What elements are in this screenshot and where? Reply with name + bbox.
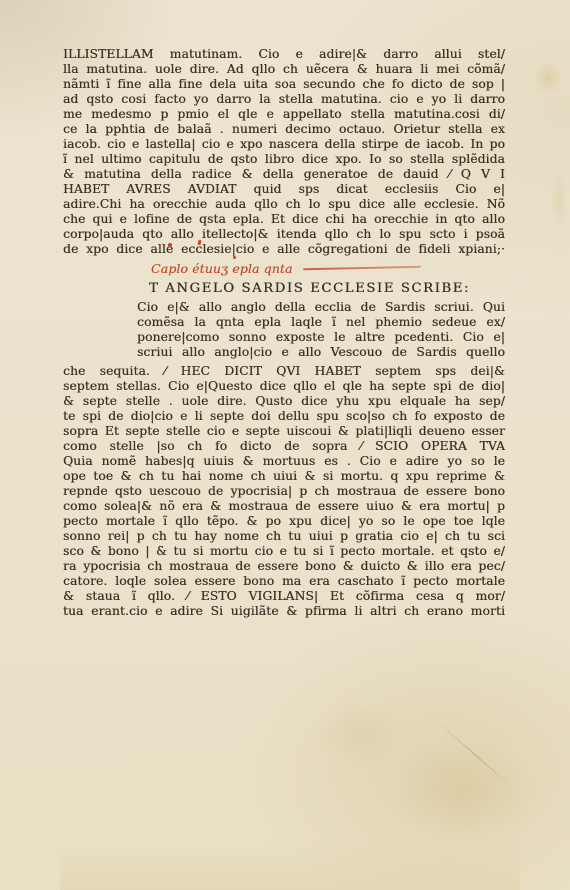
text-line: como stelle |so ch fo dicto de sopra ⁄ S…: [63, 439, 505, 454]
text-line: sco & bono | & tu si mortu cio e tu si ĩ…: [63, 544, 505, 559]
text-line: como solea|& nõ era & mostraua de essere…: [63, 499, 505, 514]
rubrication-mark: [168, 243, 172, 247]
text-line: Quia nomẽ habes|q uiuis & mortuus es . C…: [63, 454, 505, 469]
text-line: lla matutina. uole dire. Ad qllo ch uẽce…: [63, 62, 505, 77]
stain: [380, 720, 550, 850]
text-line: te spi de dio|cio e li septe doi dellu s…: [63, 409, 505, 424]
text-line: ad qsto cosi facto yo darro la stella ma…: [63, 92, 505, 107]
text-line: adire.Chi ha orecchie auda qllo ch lo sp…: [63, 197, 505, 212]
opening-paragraph: ILLISTELLAM matutinam. Cio e adire|& dar…: [63, 47, 505, 257]
text-line: ra ypocrisia ch mostraua de essere bono …: [63, 559, 505, 574]
text-line: che sequita. ⁄ HEC DICIT QVI HABET septe…: [63, 364, 505, 379]
text-line: septem stellas. Cio e|Questo dice qllo e…: [63, 379, 505, 394]
text-line: catore. loqle solea essere bono ma era c…: [63, 574, 505, 589]
stain: [60, 840, 520, 890]
manuscript-page: ILLISTELLAM matutinam. Cio e adire|& dar…: [0, 0, 570, 890]
text-line: repnde qsto uescouo de ypocrisia| p ch m…: [63, 484, 505, 499]
red-flourish: [303, 266, 421, 270]
text-line: che qui e lofine de qsta epla. Et dice c…: [63, 212, 505, 227]
text-line: tua erant.cio e adire Si uigilãte & pfir…: [63, 604, 505, 619]
text-block: ILLISTELLAM matutinam. Cio e adire|& dar…: [63, 47, 505, 619]
body-paragraph: che sequita. ⁄ HEC DICIT QVI HABET septe…: [63, 364, 505, 619]
text-line: ILLISTELLAM matutinam. Cio e adire|& dar…: [63, 47, 505, 62]
text-line: corpo|auda qto allo itellecto|& itenda q…: [63, 227, 505, 242]
rubric-text: Caplo étuuʒ epla qnta: [151, 261, 293, 276]
text-line: scriui allo anglo|cio e allo Vescouo de …: [63, 345, 505, 360]
text-line: me medesmo p pmio el qle e appellato ste…: [63, 107, 505, 122]
text-line: sopra Et septe stelle cio e septe uiscou…: [63, 424, 505, 439]
text-line: Cio e|& allo anglo della ecclia de Sardi…: [63, 300, 505, 315]
text-line: nãmti ĩ fine alla fine dela uita soa sec…: [63, 77, 505, 92]
rubrication-mark: [233, 256, 236, 259]
text-line: iacob. cio e lastella| cio e xpo nascera…: [63, 137, 505, 152]
text-line: & matutina della radice & della generato…: [63, 167, 505, 182]
text-line: ope toe & ch tu hai nome ch uiui & si mo…: [63, 469, 505, 484]
text-line: pecto mortale ĩ qllo tẽpo. & po xpu dice…: [63, 514, 505, 529]
text-line: & staua ĩ qllo. ⁄ ESTO VIGILANS| Et cõfi…: [63, 589, 505, 604]
indented-paragraph: Cio e|& allo anglo della ecclia de Sardi…: [63, 300, 505, 360]
rubric-line: Caplo étuuʒ epla qnta: [63, 259, 505, 279]
crease-line: [437, 722, 513, 788]
text-line: & septe stelle . uole dire. Qusto dice y…: [63, 394, 505, 409]
text-line: comẽsa la qnta epla laqle ĩ nel phemio s…: [63, 315, 505, 330]
text-line: ponere|como sonno exposte le altre pcede…: [63, 330, 505, 345]
chapter-heading: T ANGELO SARDIS ECCLESIE SCRIBE:: [63, 279, 505, 298]
text-line: ce la pphtia de balaã . numeri decimo oc…: [63, 122, 505, 137]
text-line: sonno rei| p ch tu hay nome ch tu uiui p…: [63, 529, 505, 544]
stain: [546, 160, 570, 240]
stain: [528, 55, 568, 101]
text-line: de xpo dice alle ecclesie|cio e alle cõg…: [63, 242, 505, 257]
text-line: HABET AVRES AVDIAT quid sps dicat eccles…: [63, 182, 505, 197]
stain: [300, 690, 420, 780]
text-line: ĩ nel ultimo capitulu de qsto libro dice…: [63, 152, 505, 167]
